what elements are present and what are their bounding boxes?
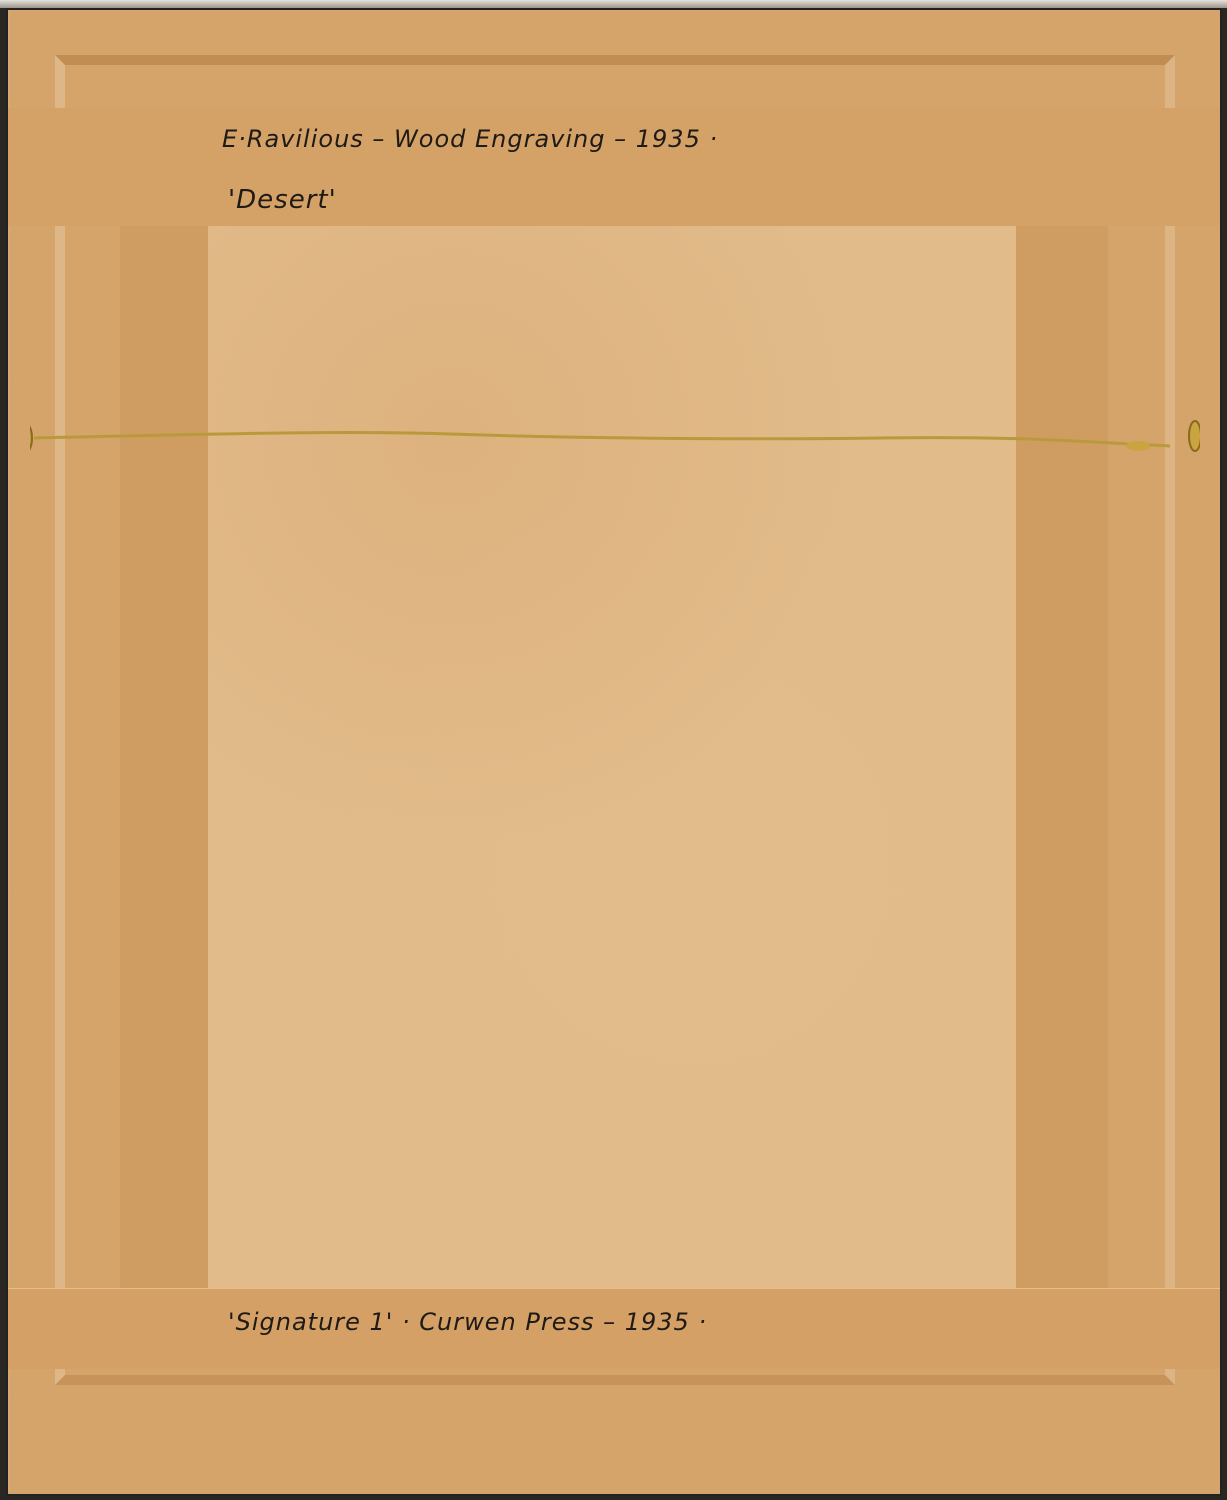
tape-side-left <box>120 226 208 1288</box>
frame-top-edge <box>0 0 1227 8</box>
backing-board <box>208 226 1016 1288</box>
hanging-wire <box>30 420 1200 460</box>
label-artist-title-year: E·Ravilious – Wood Engraving – 1935 · <box>222 125 718 153</box>
right-screw-eye-icon <box>1189 421 1200 451</box>
label-artwork-title: 'Desert' <box>228 185 337 215</box>
label-publication: 'Signature 1' · Curwen Press – 1935 · <box>228 1308 707 1336</box>
left-screw-eye-icon <box>30 424 32 452</box>
tape-side-right <box>1016 226 1108 1288</box>
